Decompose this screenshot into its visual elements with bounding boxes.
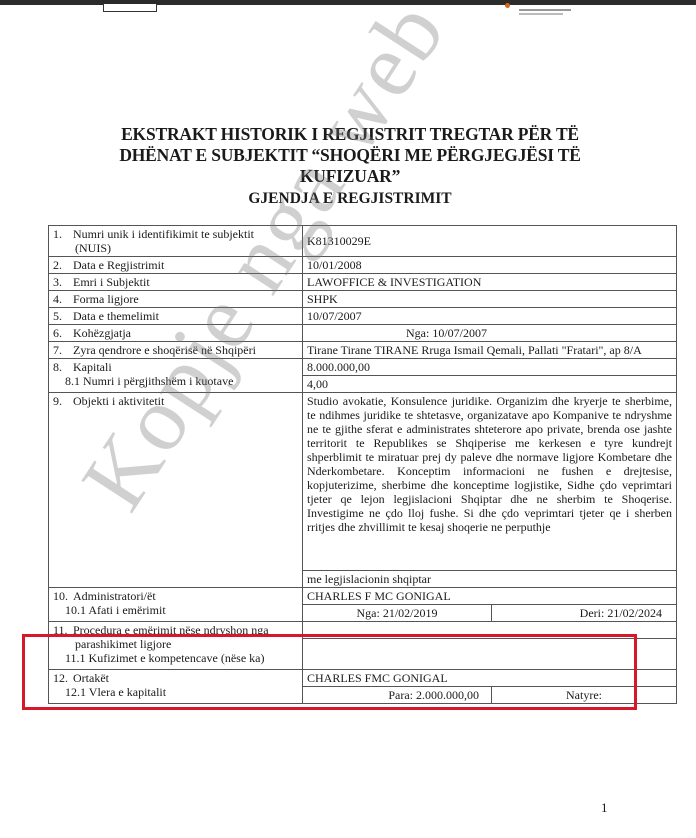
- table-row: 1.Numri unik i identifikimit te subjekti…: [49, 226, 677, 257]
- table-row: 11.Procedura e emërimit nëse ndryshon ng…: [49, 622, 677, 639]
- nuis-value: K81310029E: [303, 226, 677, 257]
- section-title: GJENDJA E REGJISTRIMIT: [100, 190, 600, 208]
- registration-table: 1.Numri unik i identifikimit te subjekti…: [48, 225, 677, 704]
- address-value: Tirane Tirane TIRANE Rruga Ismail Qemali…: [303, 342, 677, 359]
- table-row: 2.Data e Regjistrimit 10/01/2008: [49, 257, 677, 274]
- institution-logo: [505, 3, 585, 17]
- viewer-tab[interactable]: [103, 4, 157, 12]
- table-row: 7.Zyra qendrore e shoqërisë në Shqipëri …: [49, 342, 677, 359]
- logo-emblem-icon: [505, 3, 510, 8]
- page-number: 1: [601, 800, 608, 816]
- table-row: 12.Ortakët12.1 Vlera e kapitalit CHARLES…: [49, 670, 677, 687]
- capital-value: 8.000.000,00: [303, 359, 677, 376]
- appointment-from: Nga: 21/02/2019: [303, 605, 492, 622]
- table-row: 9.Objekti i aktivitetit Studio avokatie,…: [49, 393, 677, 571]
- document-title: EKSTRAKT HISTORIK I REGJISTRIT TREGTAR P…: [100, 124, 600, 187]
- partners-value: CHARLES FMC GONIGAL: [303, 670, 677, 687]
- administrator-value: CHARLES F MC GONIGAL: [303, 588, 677, 605]
- table-row: 6.Kohëzgjatja Nga: 10/07/2007: [49, 325, 677, 342]
- table-row: 5.Data e themelimit 10/07/2007: [49, 308, 677, 325]
- table-row: 4.Forma ligjore SHPK: [49, 291, 677, 308]
- capital-nature: Natyre:: [492, 687, 677, 704]
- activity-value: Studio avokatie, Konsulence juridike. Or…: [303, 393, 677, 571]
- table-row: 8.Kapitali8.1 Numri i përgjithshëm i kuo…: [49, 359, 677, 376]
- capital-amount: Para: 2.000.000,00: [303, 687, 492, 704]
- table-row: 10.Administratori/ët10.1 Afati i emërimi…: [49, 588, 677, 605]
- table-row: 3.Emri i Subjektit LAWOFFICE & INVESTIGA…: [49, 274, 677, 291]
- subject-name-value: LAWOFFICE & INVESTIGATION: [303, 274, 677, 291]
- appointment-to: Deri: 21/02/2024: [492, 605, 677, 622]
